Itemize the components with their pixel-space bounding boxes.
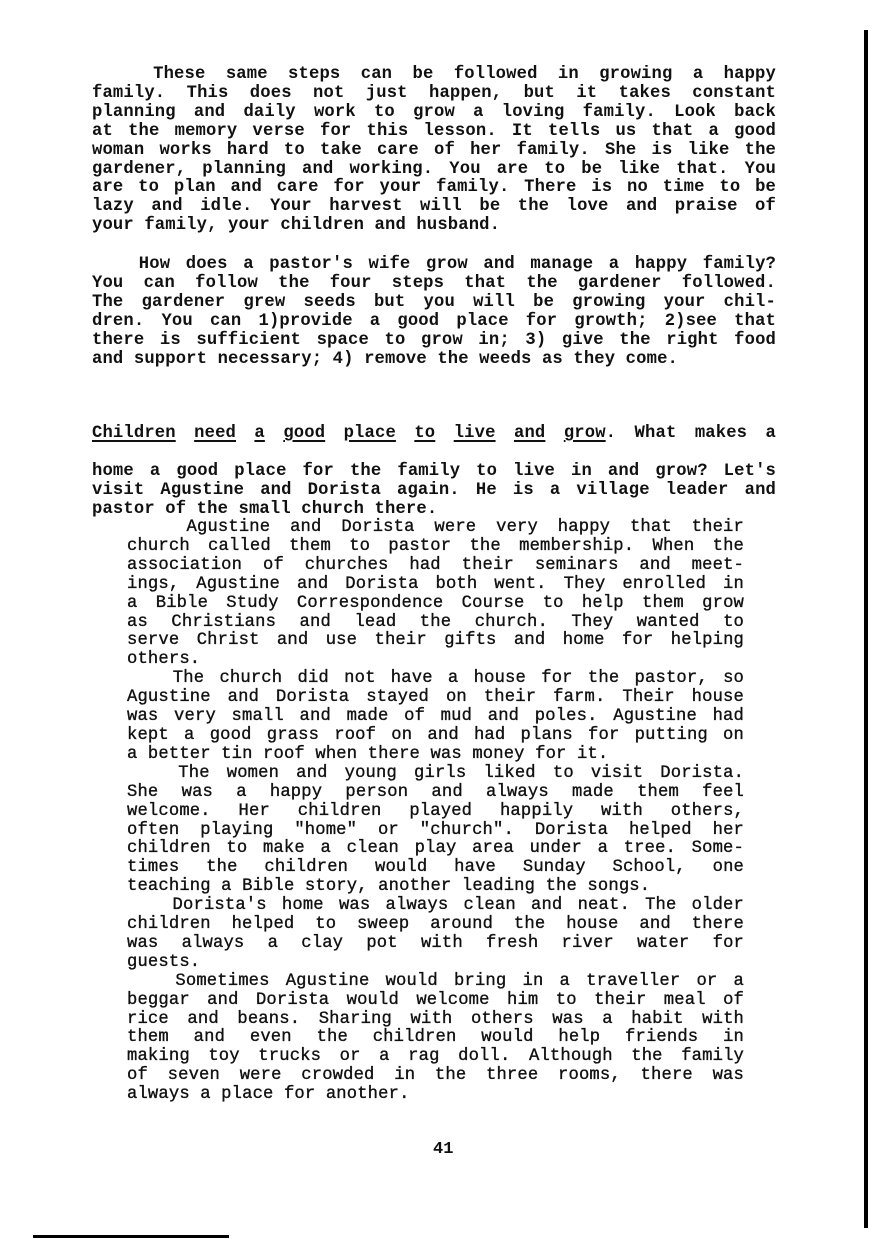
text-line: Sometimes Agustine would bring in a trav… bbox=[127, 973, 744, 992]
text-line: your family, your children and husband. bbox=[92, 217, 776, 236]
underlined-heading-word: need bbox=[194, 424, 236, 443]
text-line: woman works hard to take care of her fam… bbox=[92, 142, 776, 161]
text-line: always a place for another. bbox=[127, 1086, 744, 1105]
text-line: rice and beans. Sharing with others was … bbox=[127, 1011, 744, 1030]
text-line: Agustine and Dorista were very happy tha… bbox=[127, 519, 744, 538]
scan-edge-right bbox=[864, 30, 868, 1228]
paragraph-good-place: Children need a good place to live and g… bbox=[92, 406, 776, 519]
text-line: The gardener grew seeds but you will be … bbox=[92, 294, 776, 313]
scan-edge-bottom bbox=[33, 1235, 229, 1238]
text-line: planning and daily work to grow a loving… bbox=[92, 104, 776, 123]
text-line: at the memory verse for this lesson. It … bbox=[92, 123, 776, 142]
section-heading-line: Children need a good place to live and g… bbox=[92, 425, 776, 444]
text-line: was always a clay pot with fresh river w… bbox=[127, 935, 744, 954]
text-line: children to make a clean play area under… bbox=[127, 840, 744, 859]
text-line: often playing "home" or "church". Dorist… bbox=[127, 822, 744, 841]
text-line: are to plan and care for your family. Th… bbox=[92, 179, 776, 198]
text-line: She was a happy person and always made t… bbox=[127, 784, 744, 803]
text-line: association of churches had their semina… bbox=[127, 557, 744, 576]
text-line: dren. You can 1)provide a good place for… bbox=[92, 313, 776, 332]
text-line: church called them to pastor the members… bbox=[127, 538, 744, 557]
text-line: gardener, planning and working. You are … bbox=[92, 161, 776, 180]
text-line: as Christians and lead the church. They … bbox=[127, 614, 744, 633]
underlined-heading-word: to bbox=[414, 424, 435, 443]
text-line: family. This does not just happen, but i… bbox=[92, 85, 776, 104]
text-line: The women and young girls liked to visit… bbox=[127, 765, 744, 784]
text-line: These same steps can be followed in grow… bbox=[92, 66, 776, 85]
text-line: guests. bbox=[127, 954, 744, 973]
underlined-heading-word: a bbox=[254, 424, 264, 443]
text-line: of seven were crowded in the three rooms… bbox=[127, 1067, 744, 1086]
text-line: Dorista's home was always clean and neat… bbox=[127, 897, 744, 916]
text-line: a better tin roof when there was money f… bbox=[127, 746, 744, 765]
underlined-heading-word: grow bbox=[564, 424, 606, 443]
text-line: a Bible Study Correspondence Course to h… bbox=[127, 595, 744, 614]
text-line: children helped to sweep around the hous… bbox=[127, 916, 744, 935]
story-agustine-dorista: Agustine and Dorista were very happy tha… bbox=[127, 519, 744, 1105]
text-line: lazy and idle. Your harvest will be the … bbox=[92, 198, 776, 217]
text-line: Agustine and Dorista stayed on their far… bbox=[127, 689, 744, 708]
paragraph-four-steps: How does a pastor's wife grow and manage… bbox=[92, 256, 776, 369]
underlined-heading-word: place bbox=[344, 424, 396, 443]
text-line: visit Agustine and Dorista again. He is … bbox=[92, 482, 776, 501]
text-line: teaching a Bible story, another leading … bbox=[127, 878, 744, 897]
text-line: beggar and Dorista would welcome him to … bbox=[127, 992, 744, 1011]
text-line: serve Christ and use their gifts and hom… bbox=[127, 632, 744, 651]
text-line: You can follow the four steps that the g… bbox=[92, 275, 776, 294]
text-line: The church did not have a house for the … bbox=[127, 670, 744, 689]
text-line: was very small and made of mud and poles… bbox=[127, 708, 744, 727]
text-line: home a good place for the family to live… bbox=[92, 463, 776, 482]
text-line: others. bbox=[127, 651, 744, 670]
text-line: them and even the children would help fr… bbox=[127, 1029, 744, 1048]
underlined-heading-word: good bbox=[283, 424, 325, 443]
text-line: times the children would have Sunday Sch… bbox=[127, 859, 744, 878]
paragraph-intro: These same steps can be followed in grow… bbox=[92, 66, 776, 236]
text-line: pastor of the small church there. bbox=[92, 501, 776, 520]
text-line: kept a good grass roof on and had plans … bbox=[127, 727, 744, 746]
text-line: welcome. Her children played happily wit… bbox=[127, 803, 744, 822]
underlined-heading-word: live bbox=[454, 424, 496, 443]
underlined-heading-word: Children bbox=[92, 424, 176, 443]
underlined-heading-word: and bbox=[514, 424, 545, 443]
text-line: there is sufficient space to grow in; 3)… bbox=[92, 332, 776, 351]
text-line: making toy trucks or a rag doll. Althoug… bbox=[127, 1048, 744, 1067]
text-line: and support necessary; 4) remove the wee… bbox=[92, 351, 776, 370]
text-line: ings, Agustine and Dorista both went. Th… bbox=[127, 576, 744, 595]
page-number: 41 bbox=[433, 1140, 453, 1159]
text-line: How does a pastor's wife grow and manage… bbox=[92, 256, 776, 275]
